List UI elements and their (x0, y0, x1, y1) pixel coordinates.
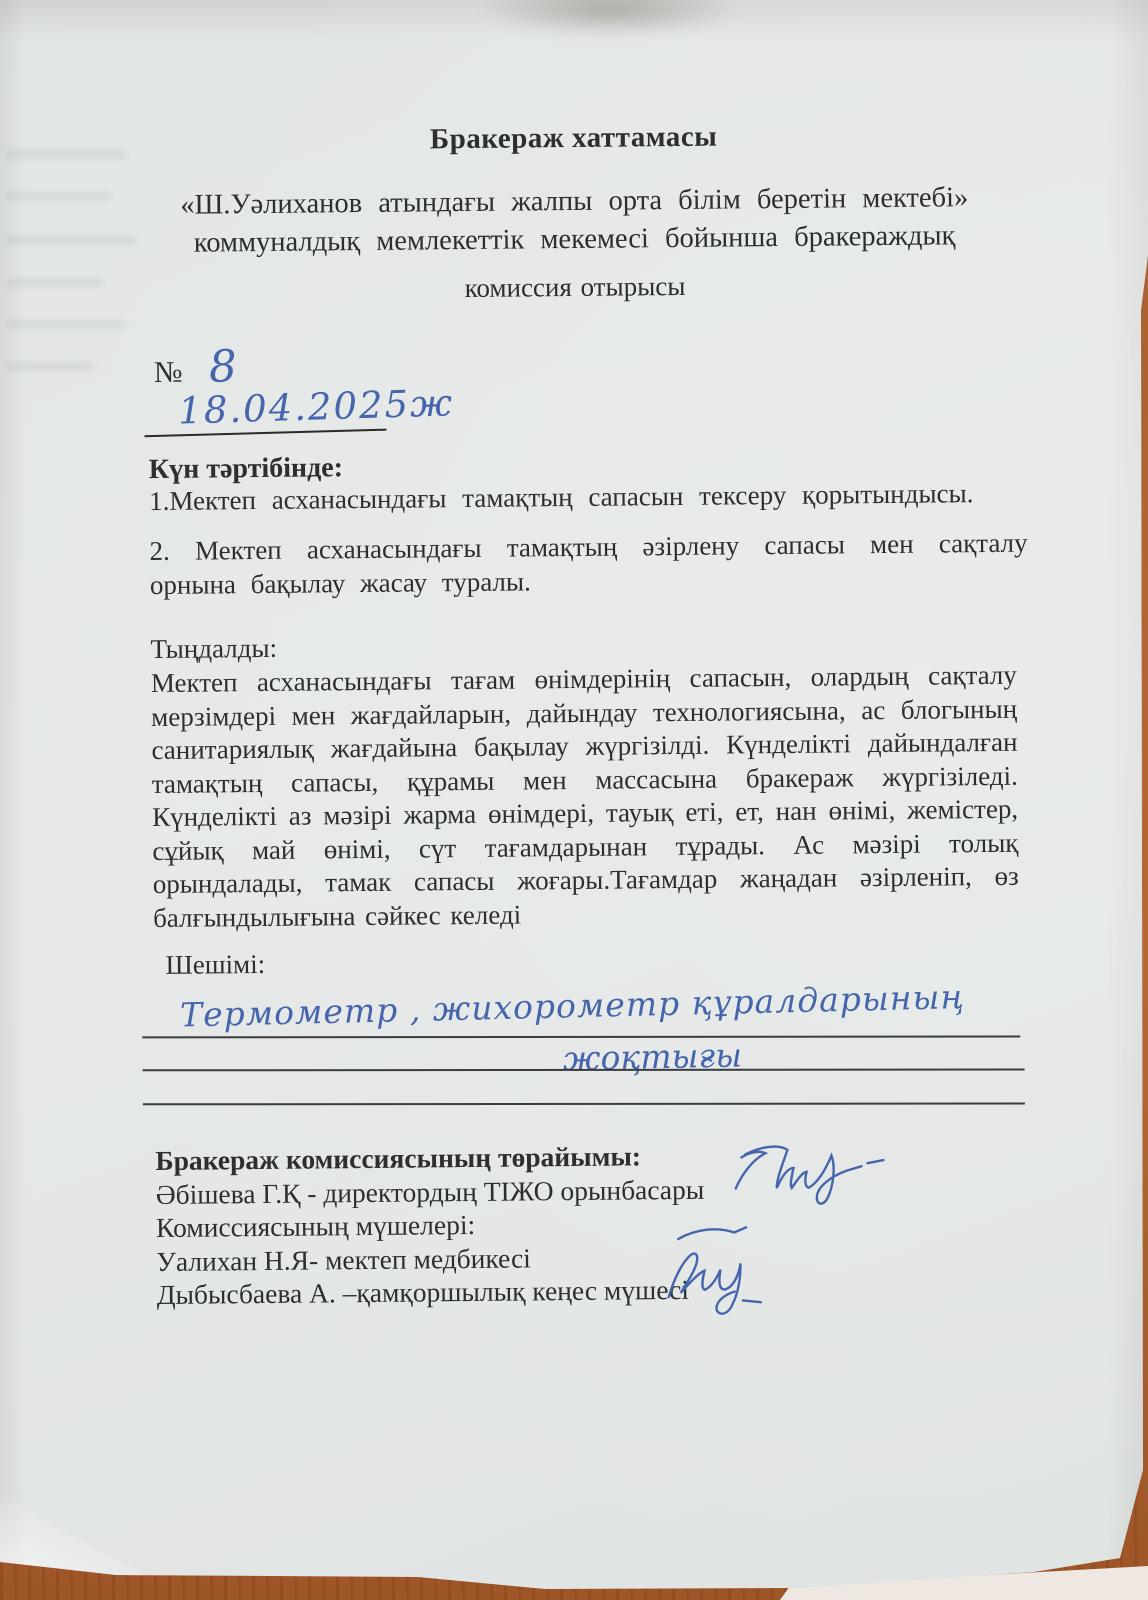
chair-signature-scribble (721, 1135, 892, 1209)
decision-heading: Шешімі: (165, 949, 265, 981)
signature-block: Бракераж комиссиясының төрайымы: Әбішева… (155, 1136, 1037, 1312)
document-title: Бракераж хаттамасы (134, 118, 1014, 159)
protocol-number-handwritten: 8 (207, 345, 237, 390)
agenda-heading: Күн тәртібінде: (149, 452, 343, 486)
ruled-line-3 (143, 1103, 1025, 1106)
subtitle-line-1: «Ш.Уәлиханов атындағы жалпы орта білім б… (134, 182, 1014, 222)
paper-sheet: Бракераж хаттамасы «Ш.Уәлиханов атындағы… (0, 0, 1148, 1600)
subtitle-line-3: комиссия отырысы (135, 268, 1015, 307)
protocol-number-row: №8 (154, 345, 237, 390)
decision-handwritten-line-2: жоқтығы (482, 1034, 823, 1080)
decision-handwritten-line-1: Термометр , жихорометр құралдарының (180, 976, 1001, 1034)
ruled-line-2 (143, 1069, 1025, 1072)
agenda-item-2: 2. Мектеп асханасындағы тамақтың әзірлен… (149, 526, 1028, 602)
protocol-number-label: № (154, 356, 183, 389)
member-line-2: Дыбысбаева А. –қамқоршылық кеңес мүшесі (157, 1270, 1037, 1312)
subtitle-line-2: коммуналдық мемлекеттік мекемесі бойынша… (134, 220, 1014, 260)
heard-body-paragraph: Мектеп асханасындағы тағам өнімдерінің с… (151, 659, 1020, 935)
protocol-date-handwritten: 18.04.2025ж (178, 381, 455, 432)
member-signature-scribble (646, 1222, 787, 1319)
photo-of-protocol-document: Бракераж хаттамасы «Ш.Уәлиханов атындағы… (0, 0, 1148, 1600)
ruled-line-1 (142, 1036, 1020, 1039)
heard-heading: Тыңдалды: (150, 633, 277, 665)
document-content: Бракераж хаттамасы «Ш.Уәлиханов атындағы… (0, 0, 1148, 1600)
